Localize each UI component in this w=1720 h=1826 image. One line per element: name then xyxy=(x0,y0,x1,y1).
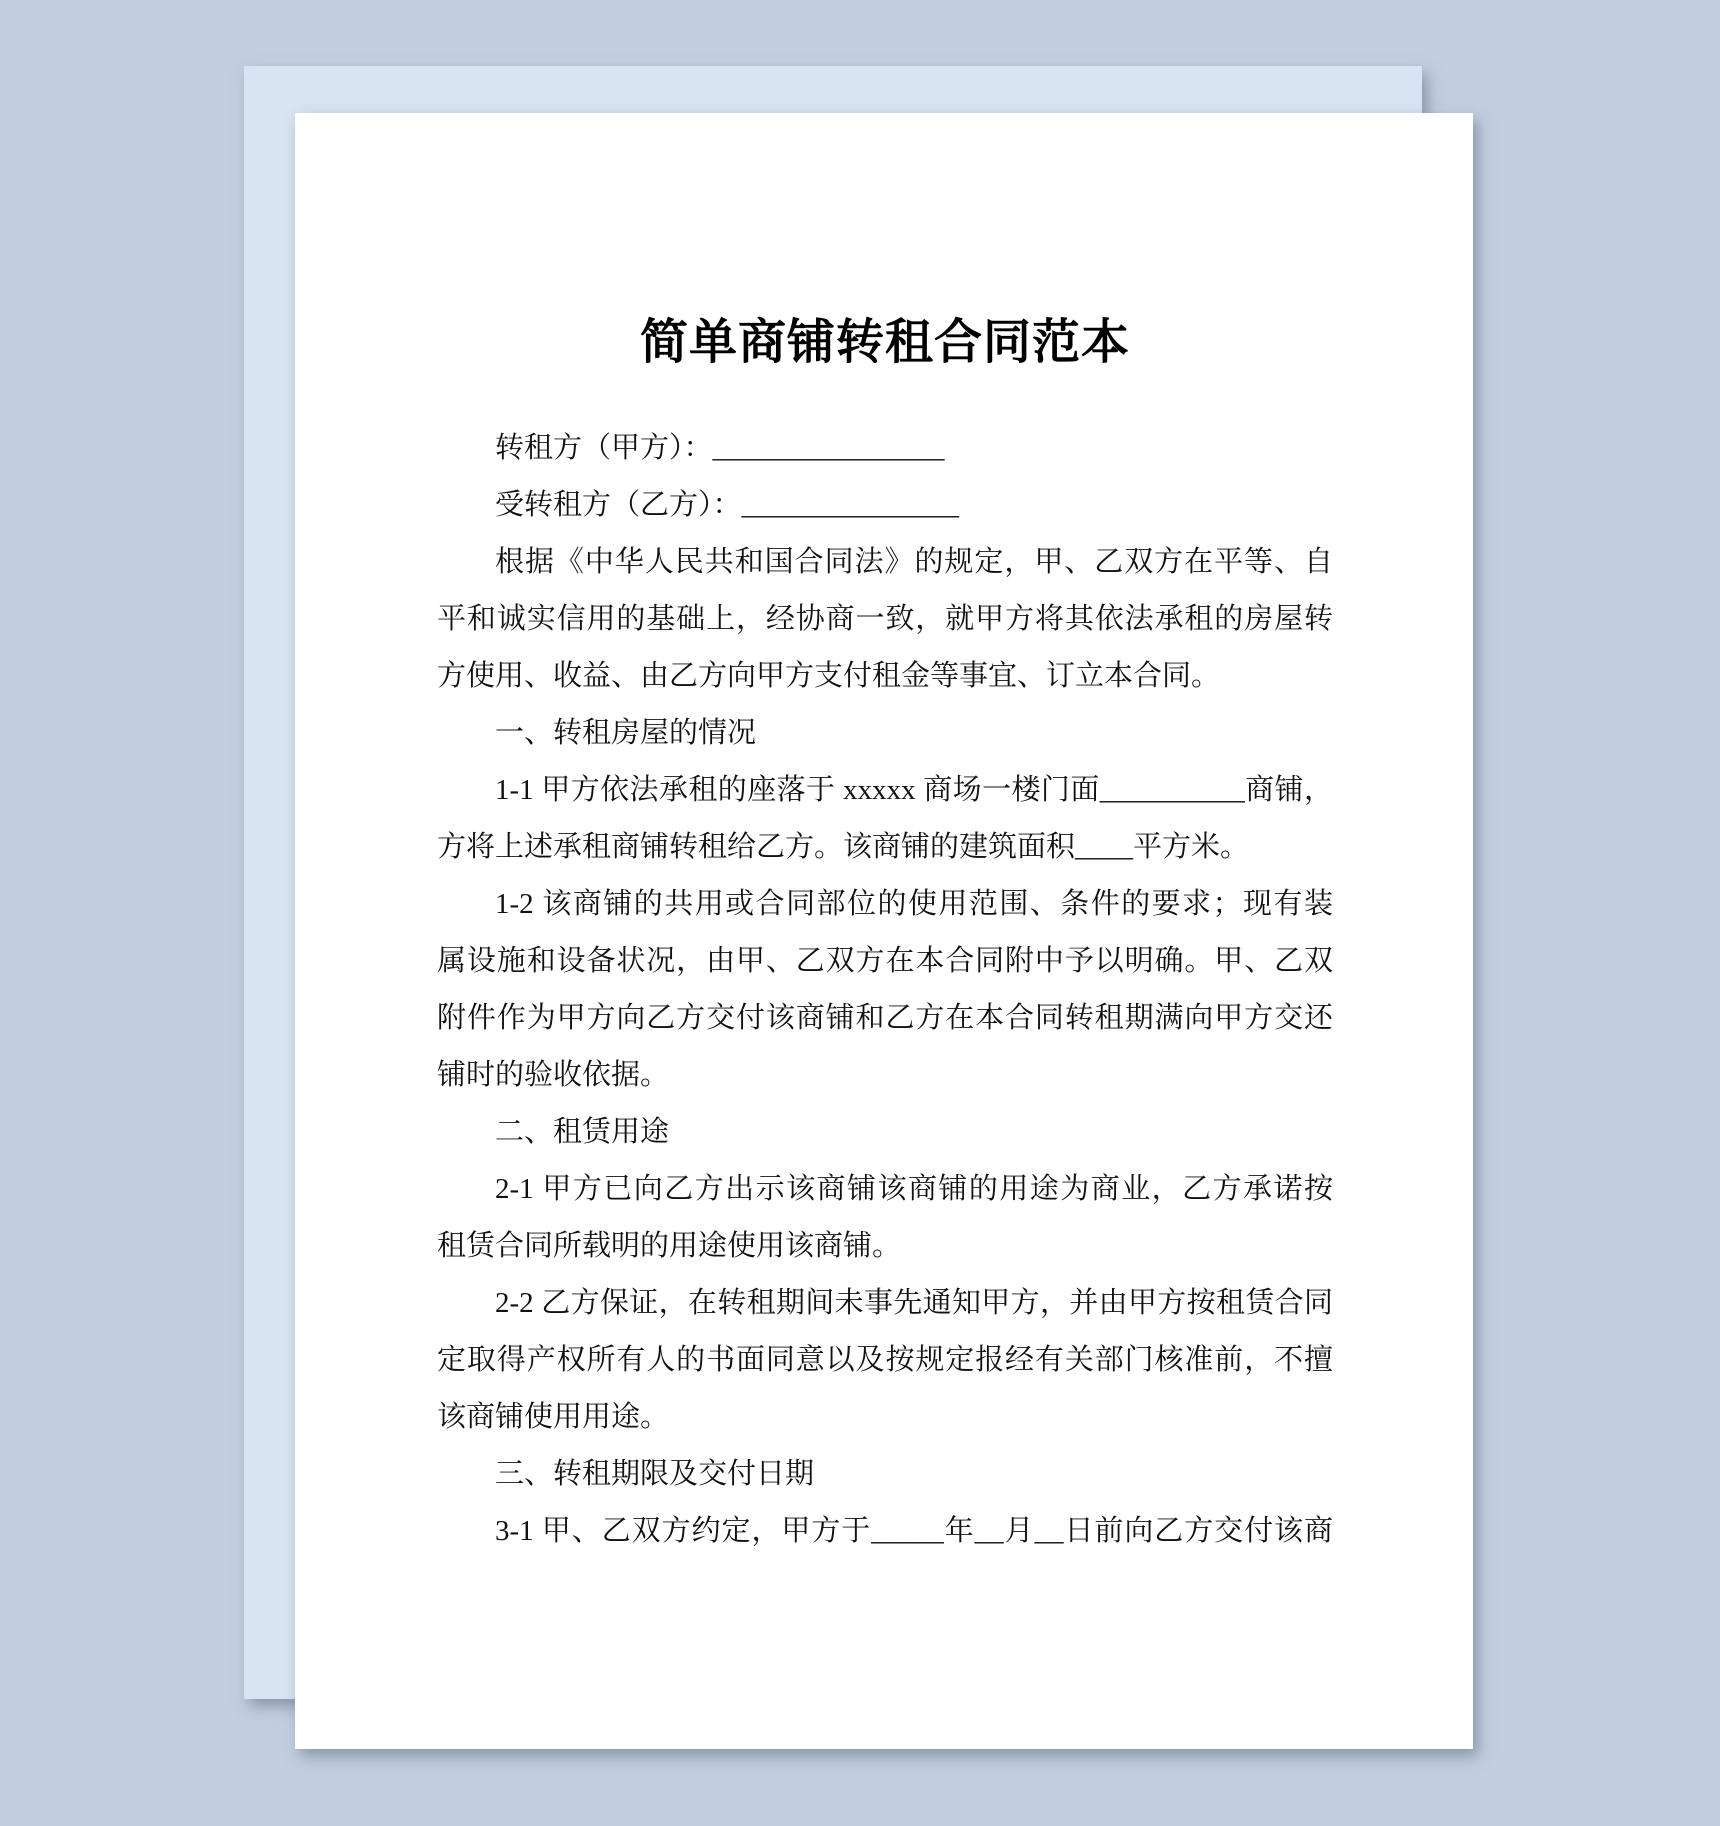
document-line: 租赁合同所载明的用途使用该商铺。 xyxy=(437,1218,1333,1275)
contract-title: 简单商铺转租合同范本 xyxy=(437,308,1333,378)
document-line: 铺时的验收依据。 xyxy=(437,1047,1333,1104)
document-line: 二、租赁用途 xyxy=(437,1104,1333,1161)
document-line: 根据《中华人民共和国合同法》的规定，甲、乙双方在平等、自愿、公 xyxy=(437,534,1333,591)
document-line: 2-1 甲方已向乙方出示该商铺该商铺的用途为商业，乙方承诺按_______ xyxy=(437,1161,1333,1218)
document-page: 简单商铺转租合同范本 转租方（甲方）：________________受转租方（… xyxy=(295,113,1473,1749)
document-line: 定取得产权所有人的书面同意以及按规定报经有关部门核准前，不擅自改变 xyxy=(437,1332,1333,1389)
document-line: 属设施和设备状况，由甲、乙双方在本合同附中予以明确。甲、乙双方同意 xyxy=(437,933,1333,990)
document-line: 该商铺使用用途。 xyxy=(437,1389,1333,1446)
document-line: 受转租方（乙方）：_______________ xyxy=(437,477,1333,534)
document-line: 2-2 乙方保证，在转租期间未事先通知甲方，并由甲方按租赁合同的约 xyxy=(437,1275,1333,1332)
document-body: 转租方（甲方）：________________受转租方（乙方）：_______… xyxy=(437,420,1333,1560)
document-line: 1-1 甲方依法承租的座落于 xxxxx 商场一楼门面__________商铺，… xyxy=(437,762,1333,819)
document-line: 三、转租期限及交付日期 xyxy=(437,1446,1333,1503)
document-line: 3-1 甲、乙双方约定，甲方于_____年__月__日前向乙方交付该商铺。转 xyxy=(437,1503,1333,1560)
document-line: 方使用、收益、由乙方向甲方支付租金等事宜、订立本合同。 xyxy=(437,648,1333,705)
document-line: 方将上述承租商铺转租给乙方。该商铺的建筑面积____平方米。 xyxy=(437,819,1333,876)
document-line: 转租方（甲方）：________________ xyxy=(437,420,1333,477)
document-line: 一、转租房屋的情况 xyxy=(437,705,1333,762)
document-line: 平和诚实信用的基础上，经协商一致，就甲方将其依法承租的房屋转租给乙 xyxy=(437,591,1333,648)
document-line: 1-2 该商铺的共用或合同部位的使用范围、条件的要求；现有装修、附 xyxy=(437,876,1333,933)
document-line: 附件作为甲方向乙方交付该商铺和乙方在本合同转租期满向甲方交还该商 xyxy=(437,990,1333,1047)
page-background: 简单商铺转租合同范本 转租方（甲方）：________________受转租方（… xyxy=(0,0,1720,1826)
